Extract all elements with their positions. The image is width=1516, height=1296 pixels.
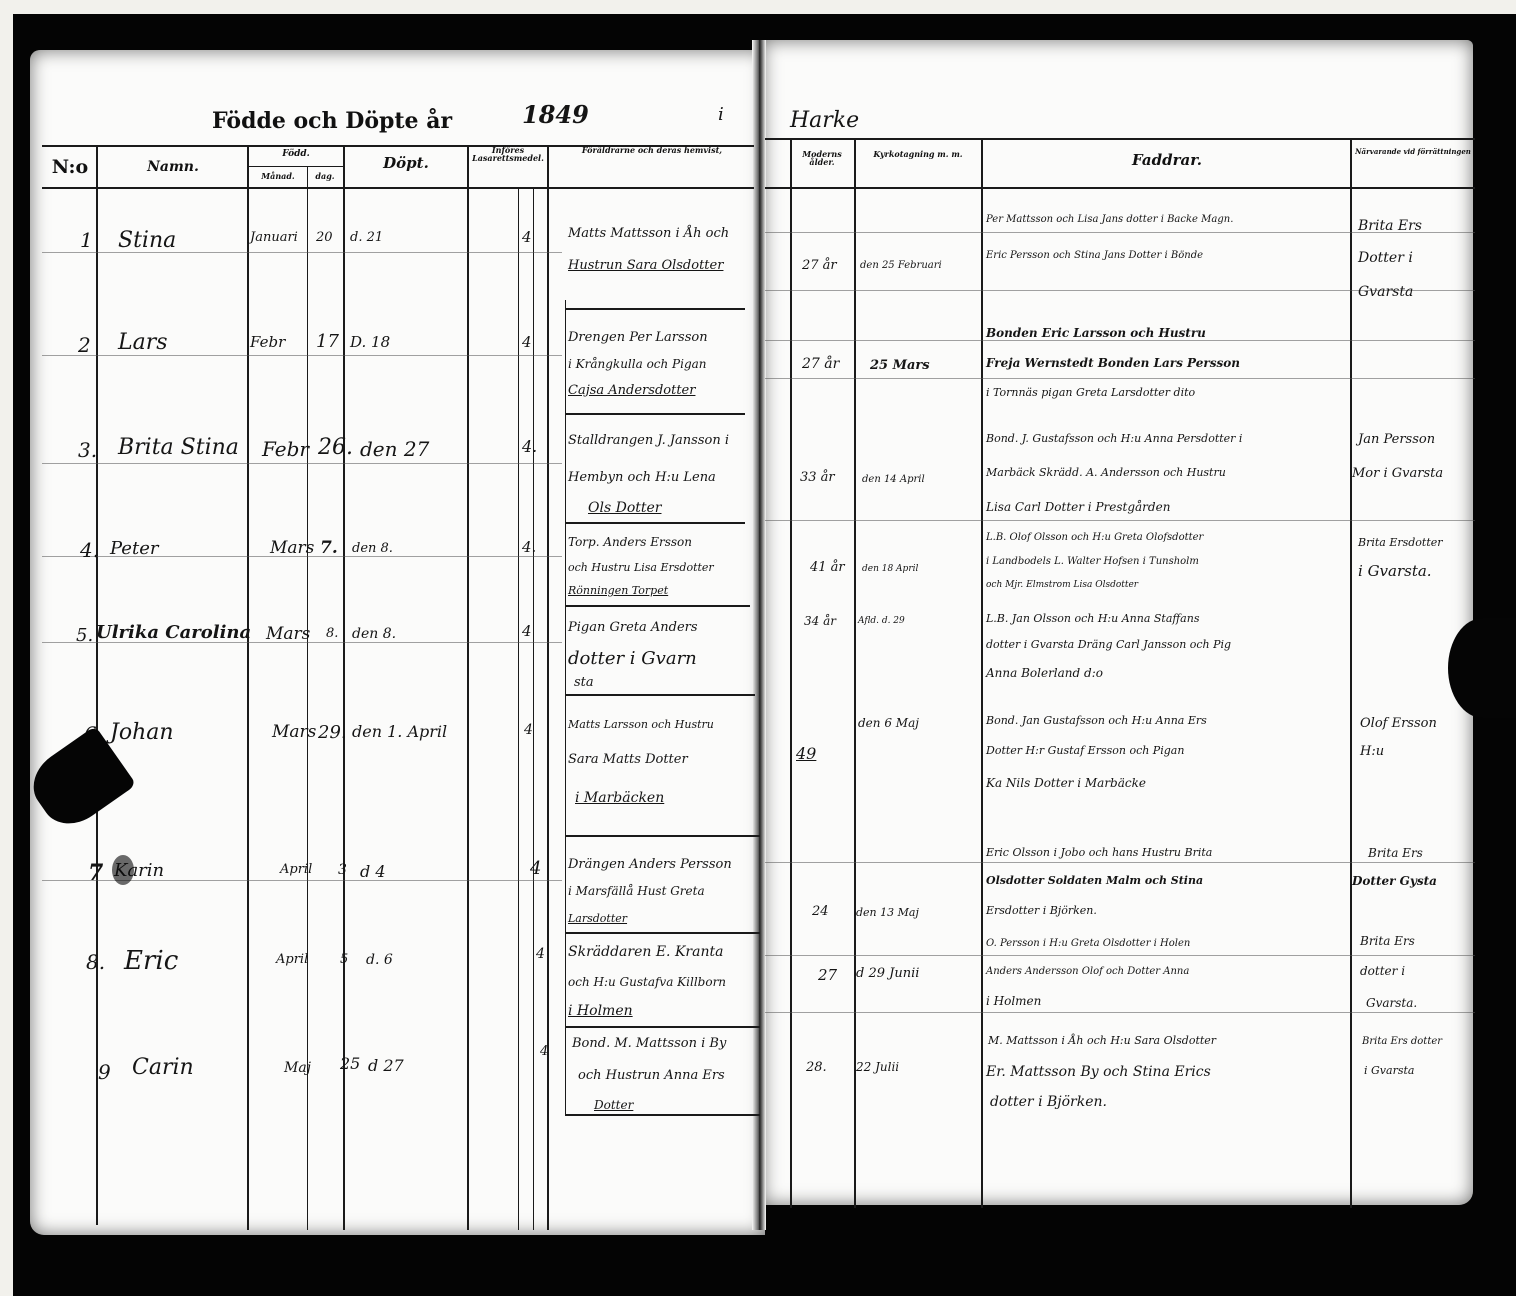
header-bottom-rule <box>42 187 754 189</box>
child-name: Johan <box>110 720 174 745</box>
birth-day: 8. <box>326 626 338 641</box>
entry-number: 9 <box>98 1060 111 1084</box>
col-header-godparents: Faddrar. <box>985 153 1349 169</box>
parents-line: Matts Larsson och Hustru <box>568 718 714 731</box>
godparents-line: Olsdotter Soldaten Malm och Stina <box>986 874 1203 887</box>
parents-line: och Hustrun Anna Ers <box>578 1068 725 1083</box>
col-divider <box>518 187 519 1230</box>
present-line: dotter i <box>1360 964 1405 978</box>
present-line: Brita Ers dotter <box>1362 1036 1442 1047</box>
godparents-line: Freja Wernstedt Bonden Lars Persson <box>986 356 1240 370</box>
birth-month: Mars <box>270 538 314 558</box>
godparents-line: Ka Nils Dotter i Marbäcke <box>986 776 1146 790</box>
entry-number: 8. <box>86 950 105 974</box>
parents-line: Torp. Anders Ersson <box>568 535 692 549</box>
register-title: Födde och Döpte år <box>212 108 452 134</box>
parents-line: Pigan Greta Anders <box>568 620 698 635</box>
birth-month: Mars <box>266 624 310 644</box>
parents-line: Cajsa Andersdotter <box>568 383 695 398</box>
parents-line: i Marsfällå Hust Greta <box>568 884 705 898</box>
birth-month: Januari <box>250 230 298 245</box>
godparents-line: L.B. Jan Olsson och H:u Anna Staffans <box>986 612 1199 625</box>
child-name: Stina <box>118 228 176 253</box>
child-name: Peter <box>110 538 158 559</box>
churching-date: 25 Mars <box>870 358 930 373</box>
mother-age: 34 år <box>804 614 836 628</box>
entry-separator <box>565 932 760 934</box>
ruled-line <box>765 1012 1475 1013</box>
parents-line: dotter i Gvarn <box>568 648 697 669</box>
vaccination-code: 4 <box>530 858 541 879</box>
birth-month: Mars <box>272 722 316 742</box>
parents-line: Drengen Per Larsson <box>568 330 708 345</box>
mother-age: 24 <box>812 904 829 919</box>
godparents-line: Marbäck Skrädd. A. Andersson och Hustru <box>986 466 1226 479</box>
godparents-line: Bond. J. Gustafsson och H:u Anna Persdot… <box>986 432 1242 445</box>
child-name: Carin <box>132 1055 194 1080</box>
book-gutter <box>752 40 766 1230</box>
birth-day: 26. <box>318 435 353 460</box>
churching-date: d 29 Junii <box>856 966 919 981</box>
col-divider <box>547 145 549 1230</box>
birth-day: 29. <box>318 722 347 743</box>
born-subheader-rule <box>248 166 343 167</box>
ruled-line <box>42 463 562 464</box>
col-divider <box>981 138 983 1208</box>
godparents-line: dotter i Björken. <box>990 1094 1107 1110</box>
entry-separator <box>565 694 755 696</box>
col-divider <box>467 145 469 1230</box>
entry-separator <box>565 522 745 524</box>
churching-date: den 13 Maj <box>856 906 919 919</box>
godparents-line: Anders Andersson Olof och Dotter Anna <box>986 966 1189 977</box>
churching-date: 22 Julii <box>856 1060 899 1074</box>
child-name: Eric <box>124 946 178 976</box>
col-header-churching: Kyrkotagning m. m. <box>858 150 978 158</box>
col-divider <box>790 138 792 1208</box>
baptism-date: D. 18 <box>350 333 390 351</box>
baptism-date: den 8. <box>352 541 393 556</box>
mother-age: 27 <box>818 966 837 984</box>
birth-day: 7. <box>320 538 338 558</box>
birth-month: April <box>280 862 312 877</box>
col-header-no: N:o <box>44 158 96 178</box>
entry-number: 7 <box>88 860 103 886</box>
present-line: i Gvarsta <box>1364 1064 1414 1077</box>
godparents-line: Per Mattsson och Lisa Jans dotter i Back… <box>986 214 1233 225</box>
col-header-name: Namn. <box>100 160 246 175</box>
entry-number: 4. <box>80 538 99 562</box>
vaccination-code: 4 <box>536 946 545 962</box>
parents-line: Sara Matts Dotter <box>568 752 688 767</box>
godparents-line: och Mjr. Elmstrom Lisa Olsdotter <box>986 580 1138 590</box>
churching-date: Afld. d. 29 <box>858 616 905 626</box>
present-line: Brita Ers <box>1360 934 1415 948</box>
churching-date: den 14 April <box>862 474 925 485</box>
parents-box-edge <box>565 300 566 1115</box>
godparents-line: M. Mattsson i Åh och H:u Sara Olsdotter <box>988 1034 1216 1047</box>
vaccination-code: 4 <box>522 333 532 351</box>
entry-separator <box>565 308 745 310</box>
godparents-line: O. Persson i H:u Greta Olsdotter i Holen <box>986 938 1190 949</box>
present-line: Brita Ers <box>1358 218 1422 234</box>
birth-day: 3 <box>338 862 347 878</box>
child-name: Brita Stina <box>118 435 239 460</box>
parents-line: Hembyn och H:u Lena <box>568 470 716 485</box>
present-line: Olof Ersson <box>1360 716 1437 731</box>
present-line: Dotter Gysta <box>1352 874 1437 888</box>
entry-number: 2 <box>78 333 91 357</box>
parents-line: i Holmen <box>568 1003 633 1019</box>
entry-separator <box>565 835 760 837</box>
godparents-line: Eric Persson och Stina Jans Dotter i Bön… <box>986 250 1203 261</box>
col-header-mother-age: Moderns ålder. <box>792 150 852 167</box>
birth-month: Febr <box>262 437 309 461</box>
godparents-line: Bonden Eric Larsson och Hustru <box>986 326 1206 340</box>
header-top-rule <box>765 138 1475 140</box>
parish-name: Harke <box>790 108 859 133</box>
entry-number: 3. <box>78 438 97 462</box>
parents-line: i Marbäcken <box>575 790 664 806</box>
parents-line: och H:u Gustafva Killborn <box>568 975 726 989</box>
col-header-vaccination: Införes Lasarettsmedel. <box>470 146 546 163</box>
parents-line: Drängen Anders Persson <box>568 857 732 872</box>
godparents-line: i Holmen <box>986 994 1041 1008</box>
present-line: Dotter i <box>1358 250 1413 266</box>
present-line: i Gvarsta. <box>1358 562 1432 580</box>
birth-month: April <box>276 952 308 967</box>
entry-separator <box>565 413 745 415</box>
vaccination-code: 4 <box>522 622 532 640</box>
child-name: Lars <box>118 330 168 355</box>
present-line: Brita Ersdotter <box>1358 536 1443 549</box>
parents-line: Rönningen Torpet <box>568 584 668 597</box>
ruled-line <box>765 862 1475 863</box>
birth-month: Maj <box>284 1060 311 1076</box>
col-divider <box>854 138 856 1208</box>
godparents-line: Dotter H:r Gustaf Ersson och Pigan <box>986 744 1184 757</box>
churching-date: den 25 Februari <box>860 260 942 271</box>
mother-age: 28. <box>806 1060 827 1075</box>
godparents-line: Er. Mattsson By och Stina Erics <box>986 1064 1211 1080</box>
mother-age: 33 år <box>800 470 835 485</box>
godparents-line: dotter i Gvarsta Dräng Carl Jansson och … <box>986 638 1231 651</box>
godparents-line: L.B. Olof Olsson och H:u Greta Olofsdott… <box>986 532 1203 543</box>
entry-number: 5. <box>76 625 93 646</box>
register-year: 1849 <box>522 100 589 129</box>
ruled-line <box>765 378 1475 379</box>
clip-shadow-artifact <box>1448 618 1516 718</box>
parents-line: Hustrun Sara Olsdotter <box>568 258 723 273</box>
birth-day: 20 <box>316 230 333 245</box>
col-header-day: dag. <box>308 172 342 180</box>
baptism-date: d. 21 <box>350 230 383 245</box>
col-divider <box>1350 138 1352 1208</box>
parents-line: Ols Dotter <box>588 500 661 516</box>
birth-day: 5 <box>340 952 348 967</box>
present-line: Jan Persson <box>1358 432 1435 447</box>
entry-number: 1 <box>80 228 93 252</box>
title-suffix: i <box>718 104 724 125</box>
col-divider <box>247 145 249 1230</box>
col-header-month: Månad. <box>250 172 306 180</box>
mother-age: 41 år <box>810 560 845 575</box>
churching-date: den 18 April <box>862 564 918 574</box>
mother-age: 27 år <box>802 258 837 273</box>
col-header-baptized: Döpt. <box>345 156 467 172</box>
entry-separator <box>565 1114 760 1116</box>
vaccination-code: 4 <box>540 1044 548 1059</box>
godparents-line: Bond. Jan Gustafsson och H:u Anna Ers <box>986 714 1207 727</box>
col-divider <box>533 187 534 1230</box>
ruled-line <box>765 955 1475 956</box>
parents-line: Dotter <box>594 1098 633 1112</box>
ruled-line <box>765 340 1475 341</box>
entry-separator <box>565 1026 760 1028</box>
col-header-parents: Föräldrarne och deras hemvist, <box>550 146 754 154</box>
mother-age: 27 år <box>802 356 839 372</box>
birth-day: 25 <box>340 1054 360 1073</box>
churching-date: den 6 Maj <box>858 716 919 730</box>
godparents-line: Lisa Carl Dotter i Prestgården <box>986 500 1170 514</box>
parents-line: i Krångkulla och Pigan <box>568 357 707 371</box>
parents-line: och Hustru Lisa Ersdotter <box>568 561 714 574</box>
birth-month: Febr <box>250 333 285 351</box>
vaccination-code: 4 <box>524 722 533 738</box>
parents-line: Bond. M. Mattsson i By <box>572 1036 726 1051</box>
parents-line: Skräddaren E. Kranta <box>568 944 723 960</box>
vaccination-code: 4 <box>522 228 532 246</box>
baptism-date: den 8. <box>352 626 396 642</box>
parents-line: sta <box>574 675 594 690</box>
ruled-line <box>42 355 562 356</box>
col-header-present: Närvarande vid förrättningen <box>1354 148 1472 155</box>
godparents-line: i Tornnäs pigan Greta Larsdotter dito <box>986 386 1195 399</box>
baptism-date: d. 6 <box>366 952 393 968</box>
child-name: Ulrika Carolina <box>96 622 251 643</box>
baptism-date: d 27 <box>368 1056 404 1075</box>
present-line: Gvarsta <box>1358 284 1413 300</box>
parents-line: Larsdotter <box>568 912 627 925</box>
baptism-date: d 4 <box>360 862 386 881</box>
birth-day: 17 <box>316 331 339 352</box>
col-header-born: Född. <box>250 150 342 159</box>
godparents-line: Eric Olsson i Jobo och hans Hustru Brita <box>986 846 1212 859</box>
present-line: Mor i Gvarsta <box>1352 466 1443 481</box>
ink-blot <box>112 855 134 885</box>
present-line: Gvarsta. <box>1366 996 1417 1010</box>
mother-age: 49 <box>796 744 816 763</box>
godparents-line: Ersdotter i Björken. <box>986 904 1097 917</box>
parents-line: Matts Mattsson i Åh och <box>568 226 729 241</box>
present-line: H:u <box>1360 744 1384 759</box>
vaccination-code: 4. <box>522 437 537 456</box>
header-bottom-rule <box>765 187 1475 189</box>
godparents-line: i Landbodels L. Walter Hofsen i Tunsholm <box>986 556 1199 567</box>
baptism-date: den 1. April <box>352 722 447 741</box>
baptism-date: den 27 <box>360 437 429 461</box>
ruled-line <box>765 520 1475 521</box>
parents-line: Stalldrangen J. Jansson i <box>568 433 729 448</box>
vaccination-code: 4. <box>522 538 536 556</box>
entry-separator <box>565 605 750 607</box>
present-line: Brita Ers <box>1368 846 1423 860</box>
godparents-line: Anna Bolerland d:o <box>986 666 1103 680</box>
